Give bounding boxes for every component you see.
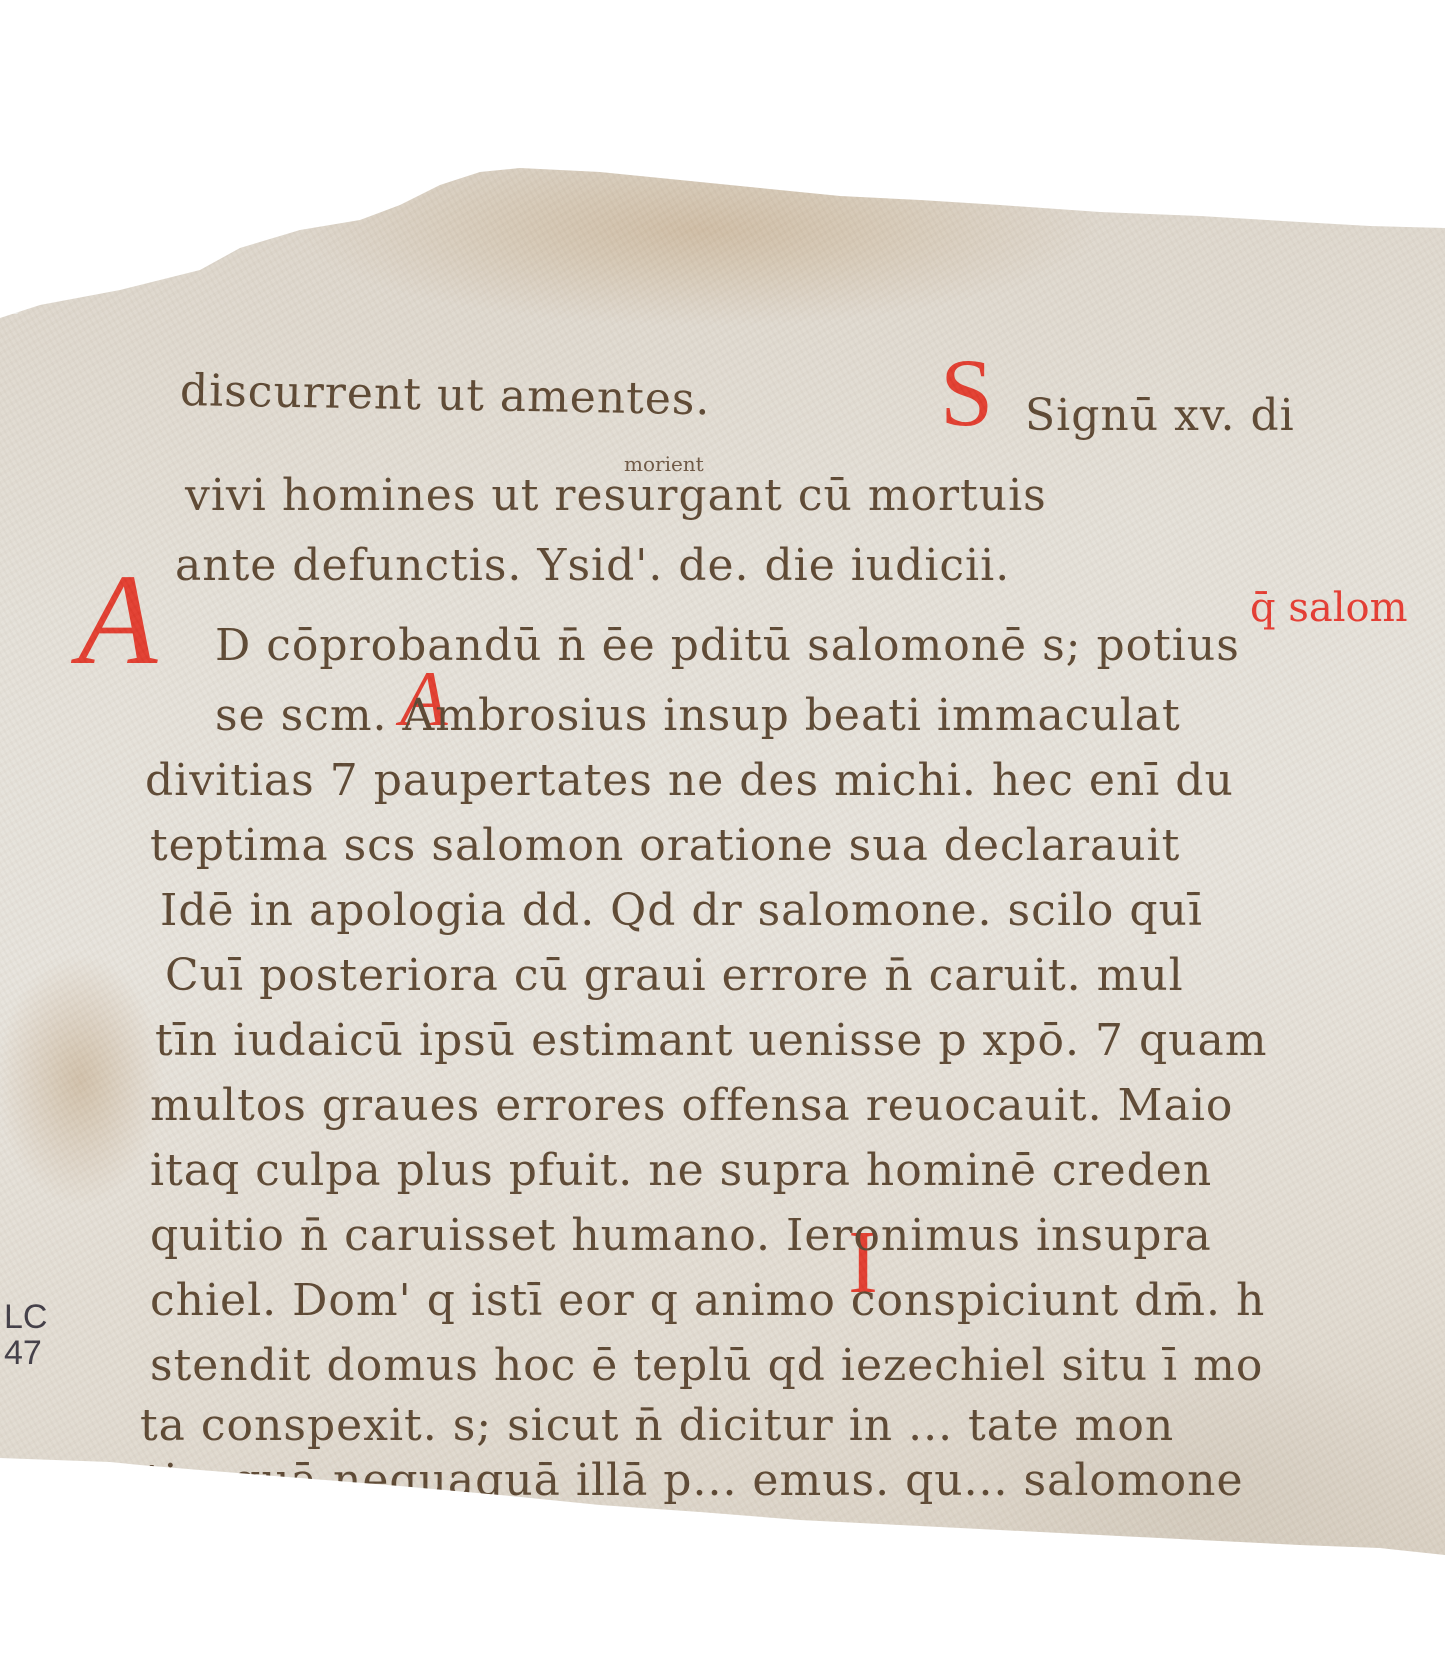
rubric-initial-s: S bbox=[940, 345, 993, 441]
text-line-6: divitias 7 paupertates ne des michi. hec… bbox=[145, 755, 1234, 806]
text-line-1-right: Signū xv. di bbox=[1025, 390, 1295, 441]
mounting-pin bbox=[4, 298, 19, 314]
text-line-3: ante defunctis. Ysid'. de. die iudicii. bbox=[175, 540, 1010, 591]
text-line-7: teptima scs salomon oratione sua declara… bbox=[150, 820, 1180, 871]
text-line-2: vivi homines ut resurgant cū mortuis bbox=[185, 470, 1047, 521]
pencil-shelfmark: LC 47 bbox=[4, 1300, 47, 1371]
text-line-12: itaq culpa plus pfuit. ne supra hominē c… bbox=[150, 1145, 1212, 1196]
text-line-5: se scm. Ambrosius insup beati immaculat bbox=[215, 690, 1181, 741]
rubric-initial-a-large: A bbox=[78, 555, 157, 685]
text-line-13: quitio n̄ caruisset humano. Ieronimus in… bbox=[150, 1210, 1212, 1261]
text-line-4: D cōprobandū n̄ ēe pditū salomonē s; pot… bbox=[215, 620, 1240, 671]
text-line-14: chiel. Dom' q istī eor q animo conspiciu… bbox=[150, 1275, 1265, 1326]
text-line-15: stendit domus hoc ē teplū qd iezechiel s… bbox=[150, 1340, 1263, 1391]
text-line-8: Idē in apologia dd. Qd dr salomone. scil… bbox=[160, 885, 1203, 936]
parchment-fragment: discurrent ut amentes. S Signū xv. di mo… bbox=[0, 0, 1445, 1655]
rubric-heading-salomon: q̄ salom bbox=[1250, 585, 1408, 631]
text-line-1: discurrent ut amentes. bbox=[180, 365, 711, 425]
text-line-17: tis. quā nequaquā illā p... emus. qu... … bbox=[145, 1455, 1243, 1506]
text-line-16: ta conspexit. s; sicut n̄ dicitur in ...… bbox=[140, 1400, 1174, 1451]
text-line-10: tīn iudaicū ipsū estimant uenisse p xpō.… bbox=[155, 1015, 1267, 1066]
text-line-9: Cuī posteriora cū graui errore n̄ caruit… bbox=[165, 950, 1184, 1001]
text-line-11: multos graues errores offensa reuocauit.… bbox=[150, 1080, 1233, 1131]
